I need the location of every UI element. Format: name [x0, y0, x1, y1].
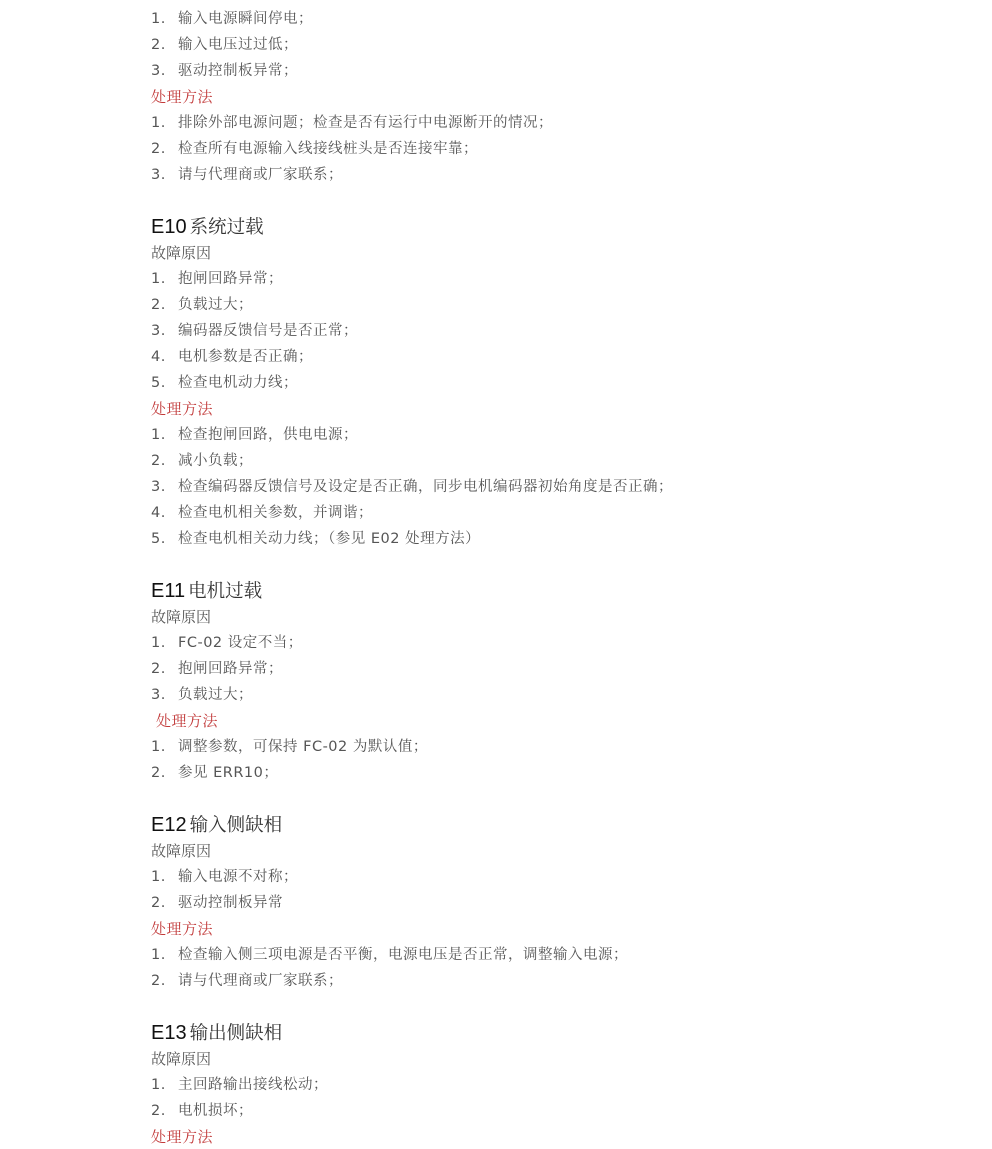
- spacer: [151, 994, 951, 1020]
- spacer: [151, 552, 951, 578]
- cause-item: 5.检查电机动力线；: [151, 370, 951, 396]
- cause-heading: 故障原因: [151, 838, 951, 864]
- fix-heading: 处理方法: [151, 396, 951, 422]
- cause-item: 1.FC-02 设定不当；: [151, 630, 951, 656]
- cause-item: 3.编码器反馈信号是否正常；: [151, 318, 951, 344]
- fix-heading: 处理方法: [151, 708, 951, 734]
- fault-code: E11: [151, 580, 185, 602]
- cause-item: 1.主回路输出接线松动；: [151, 1072, 951, 1098]
- cause-item: 1.输入电源不对称；: [151, 864, 951, 890]
- cause-item: 2.负载过大；: [151, 292, 951, 318]
- fix-item: 1.排除外部电源问题；检查是否有运行中电源断开的情况；: [151, 110, 951, 136]
- fix-item: 3.请与代理商或厂家联系；: [151, 162, 951, 188]
- fault-code: E12: [151, 814, 187, 836]
- fix-heading: 处理方法: [151, 916, 951, 942]
- fix-item: 2.检查所有电源输入线接线桩头是否连接牢靠；: [151, 136, 951, 162]
- cause-heading: 故障原因: [151, 240, 951, 266]
- fix-item: 5.检查电机相关动力线；（参见 E02 处理方法）: [151, 526, 951, 552]
- fix-item: 2.参见 ERR10；: [151, 760, 951, 786]
- partial-section: 1.输入电源瞬间停电； 2.输入电压过过低； 3.驱动控制板异常； 处理方法 1…: [151, 6, 951, 188]
- fix-item: 1.检查抱闸回路，供电电源；: [151, 422, 951, 448]
- fault-code-document: 1.输入电源瞬间停电； 2.输入电压过过低； 3.驱动控制板异常； 处理方法 1…: [151, 6, 951, 1149]
- cause-item: 2.电机损坏；: [151, 1098, 951, 1124]
- cause-item: 2.驱动控制板异常: [151, 890, 951, 916]
- cause-item: 1.输入电源瞬间停电；: [151, 6, 951, 32]
- fault-code: E10: [151, 216, 187, 238]
- fault-name: 系统过载: [190, 217, 264, 238]
- fault-section-e12: E12输入侧缺相 故障原因 1.输入电源不对称； 2.驱动控制板异常 处理方法 …: [151, 812, 951, 994]
- fix-item: 2.请与代理商或厂家联系；: [151, 968, 951, 994]
- fault-section-e11: E11电机过载 故障原因 1.FC-02 设定不当； 2.抱闸回路异常； 3.负…: [151, 578, 951, 786]
- fix-heading: 处理方法: [151, 84, 951, 110]
- section-title: E13输出侧缺相: [151, 1020, 951, 1046]
- fault-code: E13: [151, 1022, 187, 1044]
- section-title: E11电机过载: [151, 578, 951, 604]
- fix-item: 1.调整参数，可保持 FC-02 为默认值；: [151, 734, 951, 760]
- spacer: [151, 786, 951, 812]
- cause-item: 4.电机参数是否正确；: [151, 344, 951, 370]
- section-title: E12输入侧缺相: [151, 812, 951, 838]
- fault-section-e13: E13输出侧缺相 故障原因 1.主回路输出接线松动； 2.电机损坏； 处理方法: [151, 1020, 951, 1149]
- cause-item: 1.抱闸回路异常；: [151, 266, 951, 292]
- cause-heading: 故障原因: [151, 1046, 951, 1072]
- fault-name: 输入侧缺相: [190, 815, 283, 836]
- spacer: [151, 188, 951, 214]
- fix-item: 3.检查编码器反馈信号及设定是否正确，同步电机编码器初始角度是否正确；: [151, 474, 951, 500]
- fault-name: 电机过载: [188, 581, 262, 602]
- cause-item: 3.负载过大；: [151, 682, 951, 708]
- fault-name: 输出侧缺相: [190, 1023, 283, 1044]
- fix-heading: 处理方法: [151, 1124, 951, 1149]
- cause-item: 2.输入电压过过低；: [151, 32, 951, 58]
- fault-section-e10: E10系统过载 故障原因 1.抱闸回路异常； 2.负载过大； 3.编码器反馈信号…: [151, 214, 951, 552]
- cause-heading: 故障原因: [151, 604, 951, 630]
- fix-item: 2.减小负载；: [151, 448, 951, 474]
- section-title: E10系统过载: [151, 214, 951, 240]
- cause-item: 3.驱动控制板异常；: [151, 58, 951, 84]
- fix-item: 1.检查输入侧三项电源是否平衡，电源电压是否正常，调整输入电源；: [151, 942, 951, 968]
- cause-item: 2.抱闸回路异常；: [151, 656, 951, 682]
- fix-item: 4.检查电机相关参数，并调谐；: [151, 500, 951, 526]
